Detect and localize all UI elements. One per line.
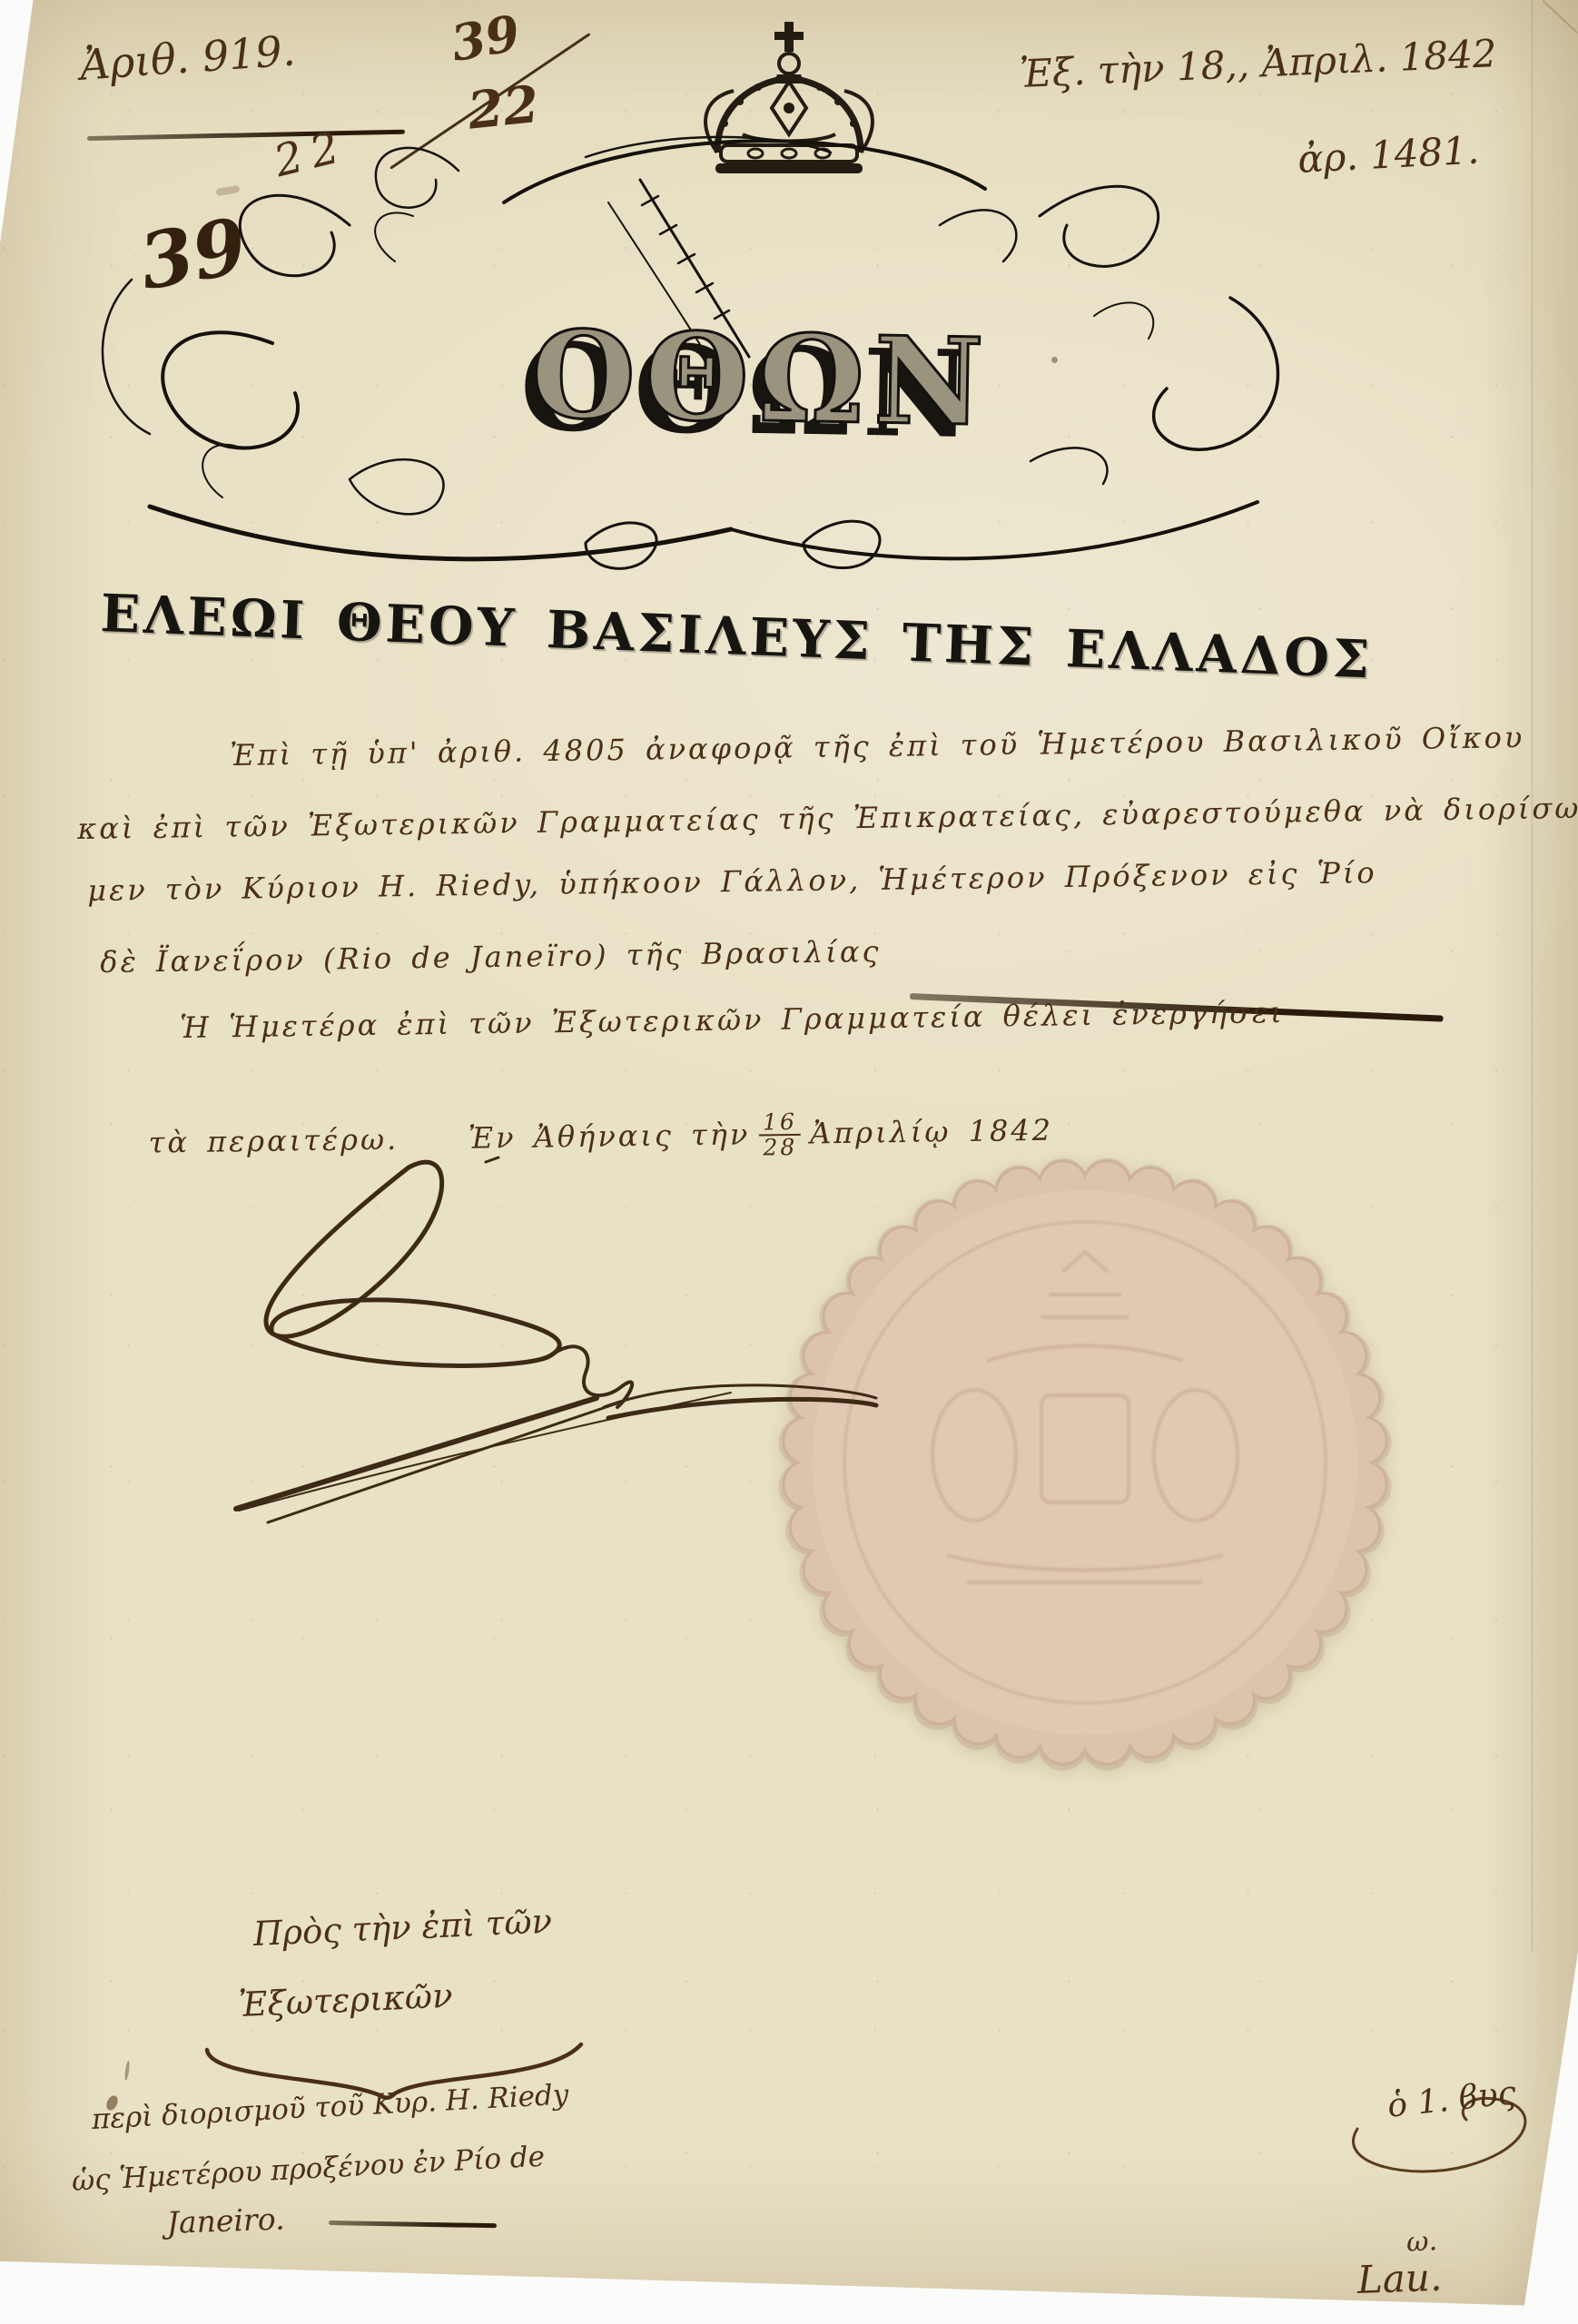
- scanned-royal-decree: Ἀριθ. 919. 39 22 22 39 Ἐξ. τὴν 18,, Ἀπρι…: [0, 0, 1578, 2324]
- dispatch-note-number: ἀρ. 1481.: [1297, 127, 1480, 184]
- registry-code-upper: 39: [447, 3, 525, 75]
- king-name: ΟΘΩΝ: [530, 316, 993, 444]
- ink-fleck: [1051, 357, 1058, 363]
- paper-crease: [1531, 0, 1534, 1952]
- docket-subject-line-3: Janeiro.: [166, 2200, 285, 2241]
- king-otto-signature: [150, 1155, 903, 1545]
- clerk-signature: Lau.: [1356, 2254, 1443, 2305]
- body-line-6-pre: τὰ περαιτέρω. Ἐν Ἀθήναις τὴν: [148, 1117, 750, 1159]
